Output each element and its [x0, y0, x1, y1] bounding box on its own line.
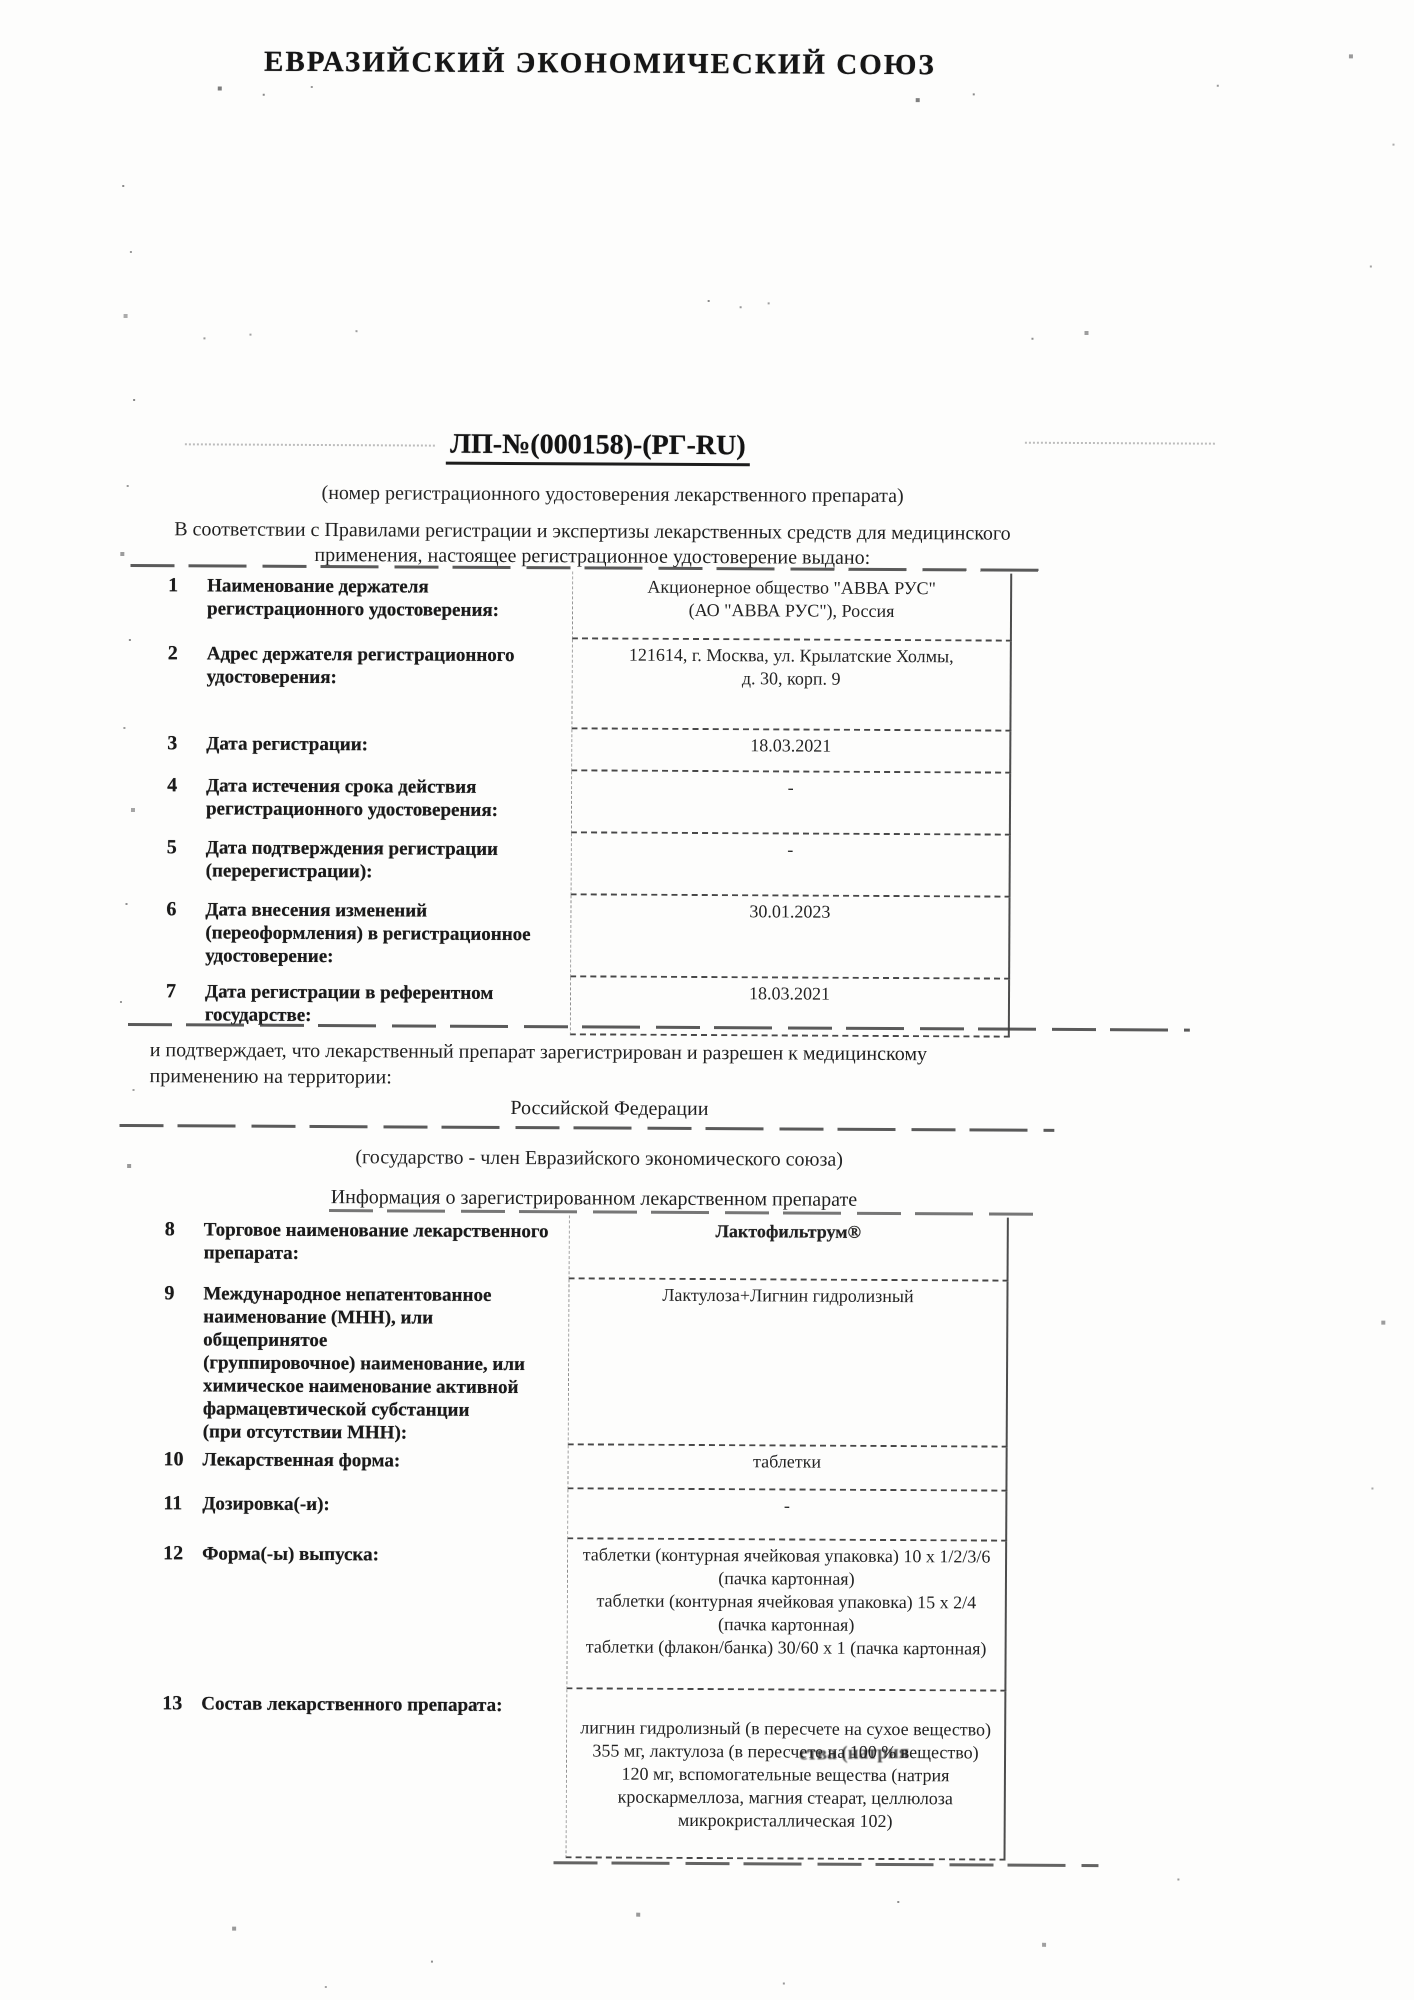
product-table: 8 Торговое наименование лекарственного п… [146, 1213, 1009, 1860]
row-number: 3 [151, 727, 206, 769]
row-label: Дата регистрации: [206, 727, 571, 771]
row-number: 6 [150, 893, 205, 975]
territory-caption: (государство - член Евразийского экономи… [39, 1145, 1159, 1174]
holder-table: 1 Наименование держателя регистрационног… [150, 569, 1012, 1037]
row-number: 5 [151, 831, 206, 893]
info-heading: Информация о зарегистрированном лекарств… [39, 1185, 1149, 1214]
row-number: 11 [147, 1487, 202, 1537]
table-row: 11 Дозировка(-и): - [147, 1487, 1007, 1542]
intro-paragraph: В соответствии с Правилами регистрации и… [162, 517, 1022, 572]
row-label: Дата истечения срока действия регистраци… [206, 769, 571, 833]
table-row: 3 Дата регистрации: 18.03.2021 [151, 727, 1011, 774]
table-row: 10 Лекарственная форма: таблетки [147, 1443, 1007, 1492]
row-number: 10 [147, 1443, 202, 1487]
row-value: - [571, 771, 1011, 835]
row-value: Акционерное общество "АВВА РУС" (АО "АВВ… [572, 571, 1012, 641]
row-label: Дозировка(-и): [202, 1487, 567, 1539]
row-label: Торговое наименование лекарственного пре… [204, 1213, 569, 1279]
row-value: - [571, 833, 1011, 897]
row-value: таблетки (контурная ячейковая упаковка) … [566, 1539, 1007, 1691]
row-number: 12 [146, 1537, 202, 1687]
row-value: - [567, 1489, 1007, 1541]
row-value: лигнин гидролизный (в пересчете на сухое… [566, 1689, 1007, 1860]
confirmation-paragraph: и подтверждает, что лекарственный препар… [150, 1037, 1030, 1094]
dash-line [119, 1124, 1054, 1132]
row-value: 30.01.2023 [570, 895, 1010, 979]
row-number: 13 [146, 1687, 202, 1856]
row-value: таблетки [567, 1445, 1007, 1491]
overprint-smudge: ства (натрия [798, 1741, 908, 1766]
row-value: Лактулоза+Лигнин гидролизный [568, 1279, 1009, 1447]
table-row: 13 Состав лекарственного препарата: лигн… [146, 1687, 1007, 1861]
row-value-text: лигнин гидролизный (в пересчете на сухое… [580, 1717, 991, 1831]
row-value: Лактофильтрум® [569, 1215, 1009, 1281]
table-row: 4 Дата истечения срока действия регистра… [151, 769, 1011, 836]
registration-number-text: ЛП-№(000158)-(РГ-RU) [446, 429, 750, 467]
row-number: 9 [148, 1277, 204, 1443]
dash-line [553, 1861, 1098, 1867]
row-number: 8 [149, 1213, 204, 1277]
row-value: 18.03.2021 [571, 729, 1011, 773]
registration-number: ЛП-№(000158)-(РГ-RU) [8, 426, 1188, 464]
table-row: 8 Торговое наименование лекарственного п… [149, 1213, 1009, 1282]
table-row: 1 Наименование держателя регистрационног… [152, 569, 1012, 642]
row-label: Лекарственная форма: [202, 1443, 567, 1489]
row-number: 4 [151, 769, 206, 831]
scan-content: ЕВРАЗИЙСКИЙ ЭКОНОМИЧЕСКИЙ СОЮЗ ЛП-№(0001… [0, 0, 1414, 2000]
row-label: Форма(-ы) выпуска: [201, 1537, 567, 1689]
table-row: 2 Адрес держателя регистрационного удост… [151, 637, 1011, 732]
table-row: 6 Дата внесения изменений (переоформлени… [150, 893, 1010, 980]
row-label: Дата подтверждения регистрации (перереги… [206, 831, 571, 895]
table-row: 9 Международное непатентованное наименов… [148, 1277, 1009, 1448]
registration-number-caption: (номер регистрационного удостоверения ле… [43, 481, 1183, 510]
row-label: Международное непатентованное наименован… [203, 1277, 569, 1445]
table-row: 12 Форма(-ы) выпуска: таблетки (контурна… [146, 1537, 1007, 1692]
row-number: 1 [152, 569, 207, 637]
row-label: Адрес держателя регистрационного удостов… [206, 637, 571, 729]
row-label: Дата внесения изменений (переоформления)… [205, 893, 570, 977]
territory-name: Российской Федерации [39, 1095, 1179, 1124]
page-title: ЕВРАЗИЙСКИЙ ЭКОНОМИЧЕСКИЙ СОЮЗ [10, 44, 1190, 83]
table-row: 5 Дата подтверждения регистрации (перере… [151, 831, 1011, 898]
row-label: Состав лекарственного препарата: [201, 1687, 567, 1858]
row-value: 121614, г. Москва, ул. Крылатские Холмы,… [571, 639, 1011, 731]
row-number: 2 [151, 637, 206, 727]
row-label: Наименование держателя регистрационного … [207, 569, 572, 639]
scanned-document-page: ЕВРАЗИЙСКИЙ ЭКОНОМИЧЕСКИЙ СОЮЗ ЛП-№(0001… [0, 0, 1414, 2000]
